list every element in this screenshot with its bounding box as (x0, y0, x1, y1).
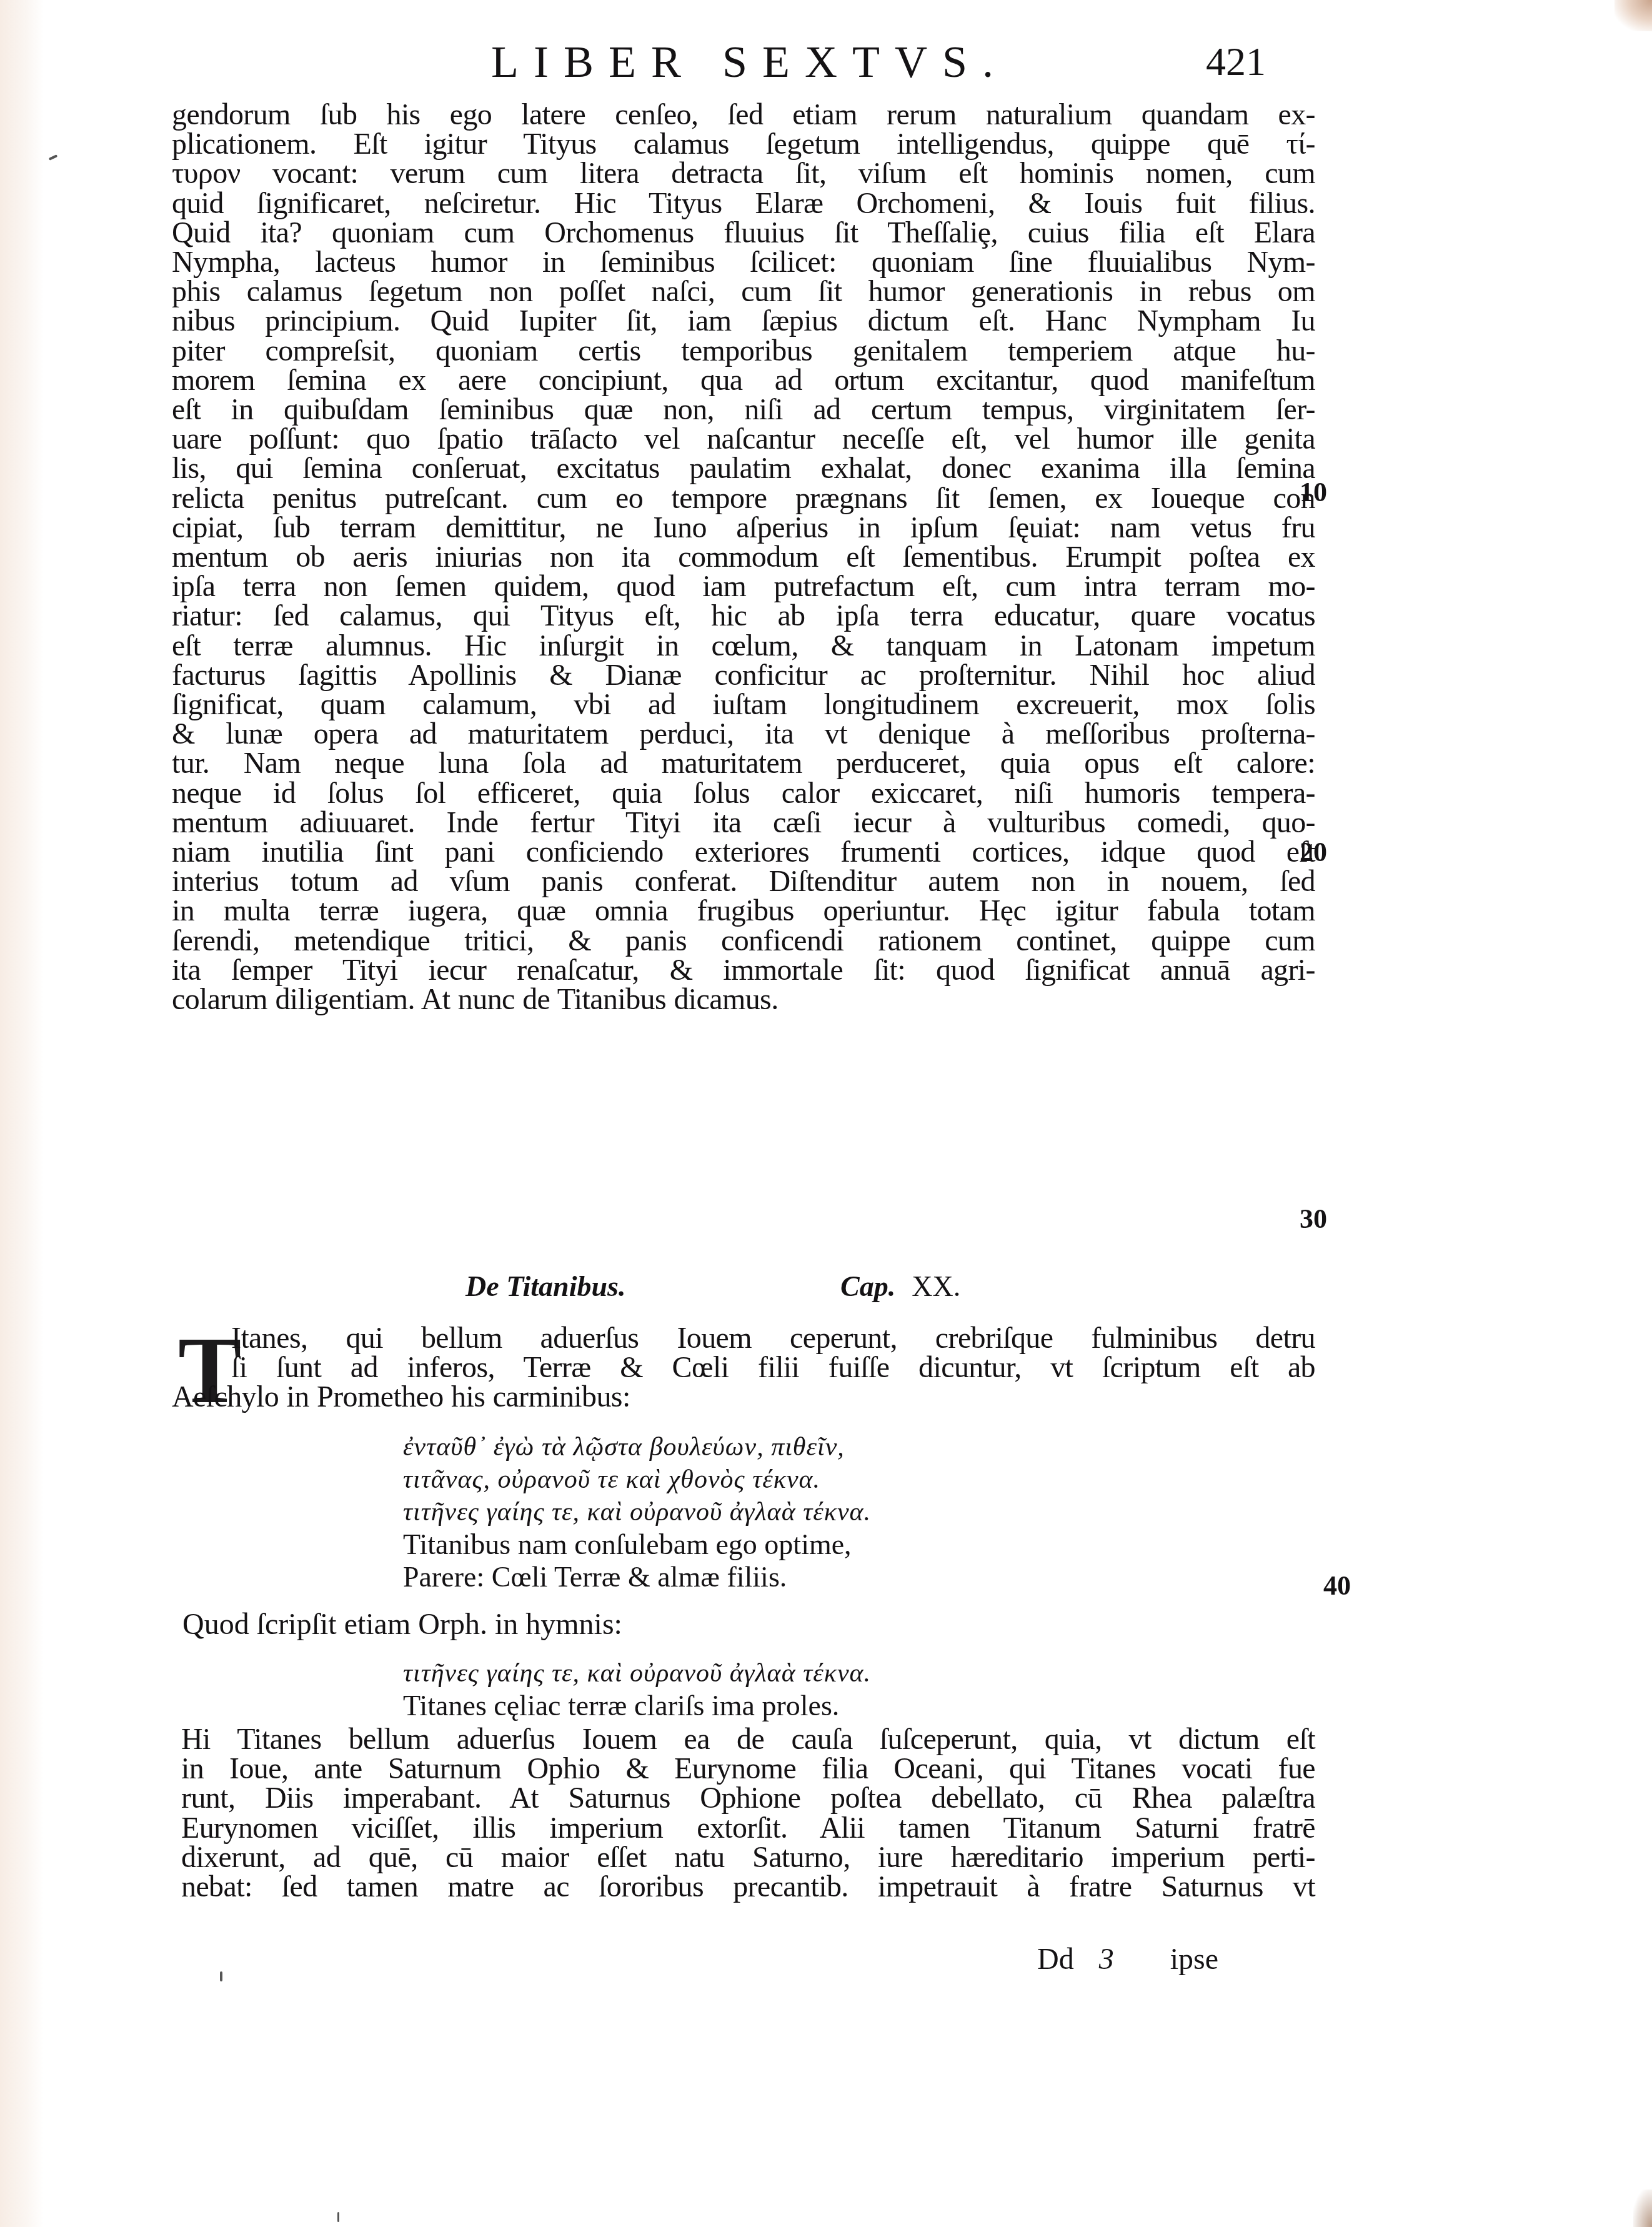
greek-verse-line: ἐνταῦθ᾽ ἐγὼ τὰ λῷστα βουλεύων, πιθεῖν, (403, 1431, 871, 1463)
text-line: nibus principium. Quid Iupiter ſit, iam … (172, 306, 1315, 336)
verse-orpheus: τιτῆνες γαίης τε, καὶ οὐρανοῦ ἀγλαὰ τέκν… (403, 1657, 871, 1722)
paper-corner-stain (1633, 2190, 1652, 2227)
chapter-numeral: XX. (912, 1270, 960, 1302)
text-line: Nympha, lacteus humor in ſeminibus ſcili… (172, 247, 1315, 277)
orpheus-intro-line: Quod ſcripſit etiam Orph. in hymnis: (182, 1607, 622, 1642)
text-line: uare poſſunt: quo ſpatio trāſacto vel na… (172, 424, 1315, 454)
latin-verse-line: Titanibus nam conſulebam ego optime, (403, 1528, 871, 1561)
text-block-titans-war: Hi Titanes bellum aduerſus Iouem ea de c… (181, 1725, 1315, 1901)
text-line: tur. Nam neque luna ſola ad maturitatem … (172, 749, 1315, 778)
text-line: neque id ſolus ſol efficeret, quia ſolus… (172, 779, 1315, 808)
margin-line-number: 30 (1300, 1203, 1327, 1235)
verse-aeschylus: ἐνταῦθ᾽ ἐγὼ τὰ λῷστα βουλεύων, πιθεῖν, τ… (403, 1431, 871, 1593)
paper-edge-shading (0, 0, 44, 2227)
text-line: relicta penitus putreſcant. cum eo tempo… (172, 484, 1315, 513)
text-line: lis, qui ſemina conſeruat, excitatus pau… (172, 454, 1315, 483)
text-line: Itanes, qui bellum aduerſus Iouem ceperu… (172, 1323, 1315, 1353)
text-line: gendorum ſub his ego latere cenſeo, ſed … (172, 100, 1315, 129)
text-line: phis calamus ſegetum non poſſet naſci, c… (172, 277, 1315, 306)
latin-verse-line: Parere: Cœli Terræ & almæ filiis. (403, 1561, 871, 1593)
text-line: ipſa terra non ſemen quidem, quod iam pu… (172, 572, 1315, 601)
text-line: facturus ſagittis Apollinis & Dianæ conf… (172, 660, 1315, 690)
text-line: Hi Titanes bellum aduerſus Iouem ea de c… (181, 1725, 1315, 1754)
greek-verse-line: τιτᾶνας, οὐρανοῦ τε καὶ χθονὸς τέκνα. (403, 1463, 871, 1496)
page-number: 421 (1206, 39, 1266, 85)
text-line: quid ſignificaret, neſciretur. Hic Tityu… (172, 189, 1315, 218)
ink-speck (49, 154, 57, 161)
text-line: nebat: ſed tamen matre ac ſororibus prec… (181, 1872, 1315, 1901)
text-line: Eurynomen viciſſet, illis imperium extor… (181, 1813, 1315, 1843)
chapter-cap-label: Cap. (840, 1270, 895, 1302)
text-line: cipiat, ſub terram demittitur, ne Iuno a… (172, 513, 1315, 542)
text-line: interius totum ad vſum panis conferat. D… (172, 867, 1315, 896)
text-block-titans-intro: Itanes, qui bellum aduerſus Iouem ceperu… (172, 1323, 1315, 1412)
margin-line-number: 10 (1300, 476, 1327, 508)
chapter-title: De Titanibus. (465, 1270, 625, 1303)
margin-line-number: 40 (1323, 1570, 1351, 1602)
catchword-line: Dd3ipse (1037, 1942, 1218, 1976)
text-line: colarum diligentiam. At nunc de Titanibu… (172, 985, 1315, 1014)
paper-corner-stain (1615, 0, 1652, 31)
text-line: Aeſchylo in Prometheo his carminibus: (172, 1382, 1315, 1412)
text-line: Quid ita? quoniam cum Orchomenus fluuius… (172, 218, 1315, 247)
text-block-tityus: gendorum ſub his ego latere cenſeo, ſed … (172, 100, 1315, 1014)
text-line: in multa terræ iugera, quæ omnia frugibu… (172, 896, 1315, 925)
catchword: ipse (1170, 1943, 1218, 1976)
text-line: morem ſemina ex aere concipiunt, qua ad … (172, 366, 1315, 395)
text-line: piter compreſsit, quoniam certis tempori… (172, 336, 1315, 366)
text-line: ſi ſunt ad inferos, Terræ & Cœli filii f… (172, 1353, 1315, 1382)
text-line: eſt in quibuſdam ſeminibus quæ non, niſi… (172, 395, 1315, 424)
text-line: & lunæ opera ad maturitatem perduci, ita… (172, 719, 1315, 749)
text-line: runt, Diis imperabant. At Saturnus Ophio… (181, 1783, 1315, 1813)
greek-verse-line: τιτῆνες γαίης τε, καὶ οὐρανοῦ ἀγλαὰ τέκν… (403, 1657, 871, 1690)
ink-speck (220, 1971, 222, 1981)
text-line: ita ſemper Tityi iecur renaſcatur, & imm… (172, 955, 1315, 985)
text-line: dixerunt, ad quē, cū maior eſſet natu Sa… (181, 1843, 1315, 1872)
signature-number: 3 (1099, 1943, 1114, 1976)
ink-speck (337, 2212, 339, 2222)
greek-verse-line: τιτῆνες γαίης τε, καὶ οὐρανοῦ ἀγλαὰ τέκν… (403, 1496, 871, 1528)
margin-line-number: 20 (1300, 836, 1327, 868)
text-line: ſignificat, quam calamum, vbi ad iuſtam … (172, 690, 1315, 719)
text-line: in Ioue, ante Saturnum Ophio & Eurynome … (181, 1754, 1315, 1783)
signature-mark: Dd (1037, 1943, 1074, 1976)
chapter-number: Cap.XX. (840, 1270, 960, 1303)
text-line: niam inutilia ſint pani conficiendo exte… (172, 837, 1315, 867)
text-line: ſerendi, metendique tritici, & panis con… (172, 926, 1315, 955)
text-line: eſt terræ alumnus. Hic inſurgit in cœlum… (172, 631, 1315, 660)
latin-verse-line: Titanes cęliac terræ clariſs ima proles. (403, 1690, 871, 1722)
text-line: plicationem. Eſt igitur Tityus calamus ſ… (172, 129, 1315, 159)
text-line: riatur: ſed calamus, qui Tityus eſt, hic… (172, 601, 1315, 630)
text-line: τυρον vocant: verum cum litera detracta … (172, 159, 1315, 188)
text-line: mentum adiuuaret. Inde fertur Tityi ita … (172, 808, 1315, 837)
running-head: LIBER SEXTVS. (406, 36, 1093, 88)
text-line: mentum ob aeris iniurias non ita commodu… (172, 542, 1315, 572)
